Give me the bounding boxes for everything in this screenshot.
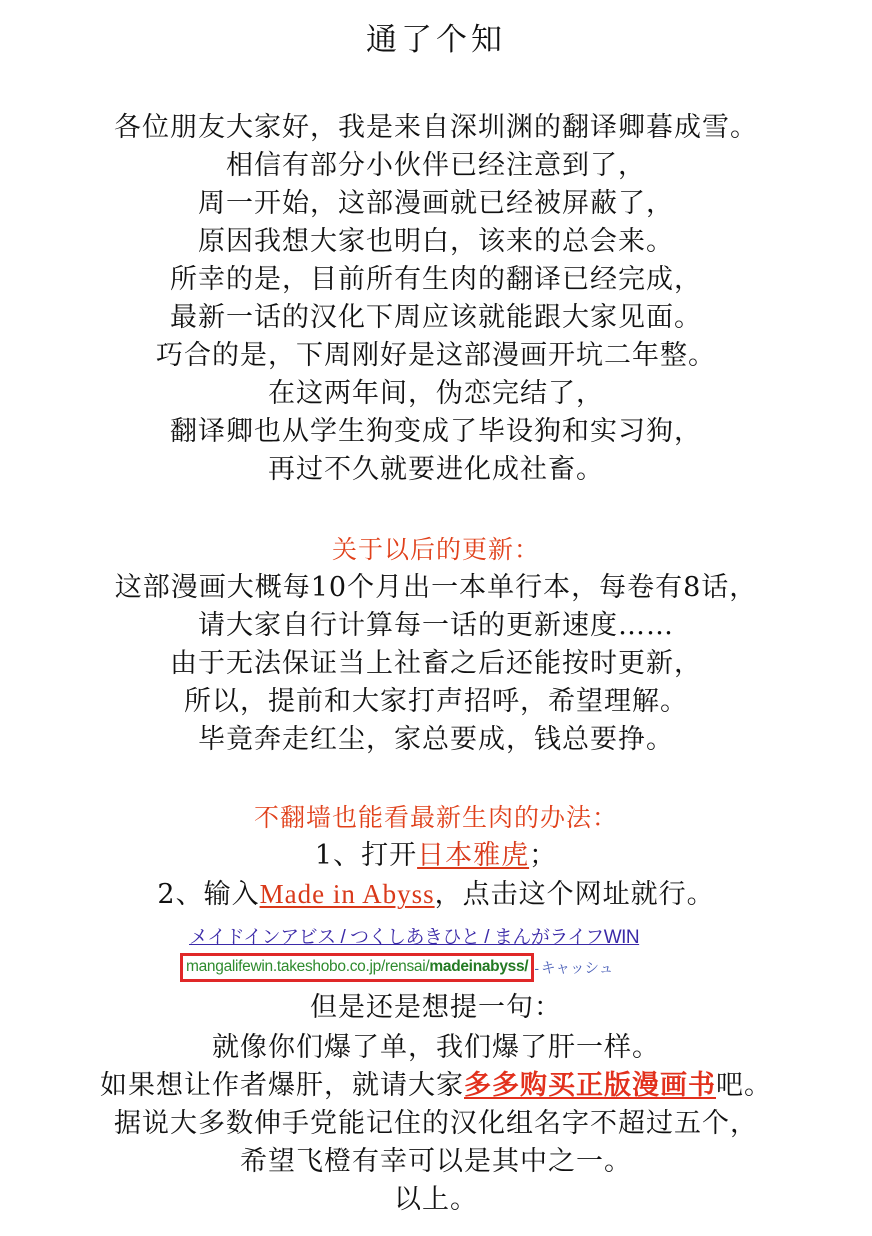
intro-line: 各位朋友大家好，我是来自深圳渊的翻译卿暮成雪。 xyxy=(0,110,872,146)
buy-prefix: 如果想让作者爆肝，就请大家 xyxy=(100,1070,464,1101)
closing-signoff: 以上。 xyxy=(0,1182,872,1218)
buy-line: 如果想让作者爆肝，就请大家多多购买正版漫画书吧。 xyxy=(0,1068,872,1104)
yahoo-japan-link[interactable]: 日本雅虎 xyxy=(417,840,529,871)
method-section-heading: 不翻墙也能看最新生肉的办法： xyxy=(0,800,872,836)
url-plain: mangalifewin.takeshobo.co.jp/rensai/ xyxy=(186,958,429,975)
closing-line: 据说大多数伸手党能记住的汉化组名字不超过五个， xyxy=(0,1106,872,1142)
search-result-title-link[interactable]: メイドインアビス / つくしあきひと / まんがライフWIN xyxy=(189,925,660,951)
made-in-abyss-link[interactable]: Made in Abyss xyxy=(260,879,435,909)
step-1-suffix: ； xyxy=(529,840,557,871)
buy-suffix: 吧。 xyxy=(716,1070,772,1101)
intro-line: 翻译卿也从学生狗变成了毕设狗和实习狗， xyxy=(0,414,872,450)
step-1: 1、打开日本雅虎； xyxy=(0,838,872,874)
intro-line: 在这两年间，伪恋完结了， xyxy=(0,376,872,412)
buy-official-manga-link[interactable]: 多多购买正版漫画书 xyxy=(464,1070,716,1101)
update-line: 由于无法保证当上社畜之后还能按时更新， xyxy=(0,646,872,682)
update-line: 这部漫画大概每10个月出一本单行本，每卷有8话， xyxy=(0,570,872,606)
intro-line: 原因我想大家也明白，该来的总会来。 xyxy=(0,224,872,260)
intro-line: 最新一话的汉化下周应该就能跟大家见面。 xyxy=(0,300,872,336)
cache-link[interactable]: キャッシュ xyxy=(541,957,613,978)
update-line: 请大家自行计算每一话的更新速度…… xyxy=(0,608,872,644)
step-1-prefix: 1、打开 xyxy=(315,840,417,871)
search-result-url-row: mangalifewin.takeshobo.co.jp/rensai/made… xyxy=(180,953,660,982)
page-title: 通了个知 xyxy=(0,22,872,58)
closing-line: 希望飞橙有幸可以是其中之一。 xyxy=(0,1144,872,1180)
search-result-snippet: メイドインアビス / つくしあきひと / まんがライフWIN mangalife… xyxy=(180,925,660,982)
step-2-suffix: ，点击这个网址就行。 xyxy=(435,879,715,910)
intro-line: 周一开始，这部漫画就已经被屏蔽了， xyxy=(0,186,872,222)
intro-line: 再过不久就要进化成社畜。 xyxy=(0,452,872,488)
closing-line: 但是还是想提一句： xyxy=(0,990,872,1026)
highlighted-url[interactable]: mangalifewin.takeshobo.co.jp/rensai/made… xyxy=(180,953,534,982)
update-section-heading: 关于以后的更新： xyxy=(0,532,872,568)
intro-line: 所幸的是，目前所有生肉的翻译已经完成， xyxy=(0,262,872,298)
url-separator: - xyxy=(534,960,539,976)
update-line: 所以，提前和大家打声招呼，希望理解。 xyxy=(0,684,872,720)
intro-line: 相信有部分小伙伴已经注意到了， xyxy=(0,148,872,184)
closing-line: 就像你们爆了单，我们爆了肝一样。 xyxy=(0,1030,872,1066)
step-2-prefix: 2、输入 xyxy=(157,879,259,910)
intro-line: 巧合的是，下周刚好是这部漫画开坑二年整。 xyxy=(0,338,872,374)
update-line: 毕竟奔走红尘，家总要成，钱总要挣。 xyxy=(0,722,872,758)
notice-page: 通了个知 各位朋友大家好，我是来自深圳渊的翻译卿暮成雪。 相信有部分小伙伴已经注… xyxy=(0,0,872,1236)
step-2: 2、输入Made in Abyss，点击这个网址就行。 xyxy=(0,876,872,913)
url-bold: madeinabyss/ xyxy=(429,958,528,975)
